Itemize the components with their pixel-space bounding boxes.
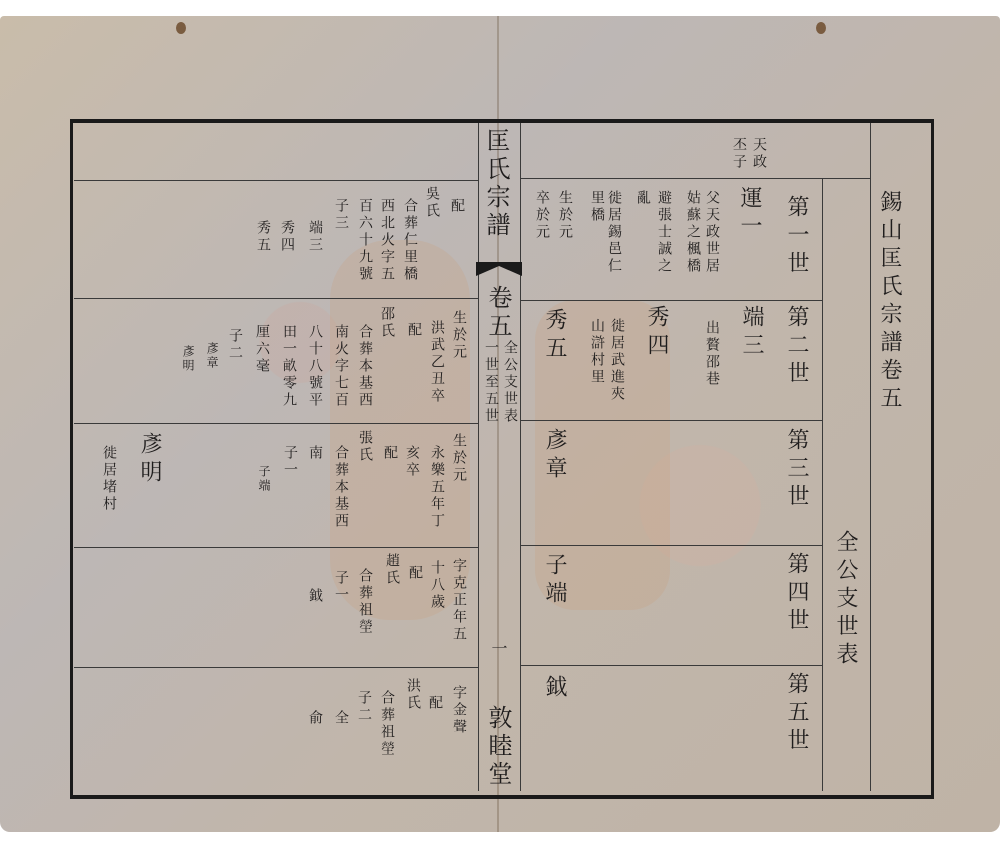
binding-hole <box>816 22 826 34</box>
gen1-note: 卒於元 <box>535 190 549 241</box>
person-name-gen2: 秀四 <box>645 305 667 361</box>
gen1-note: 徙居錫邑仁 <box>607 190 621 275</box>
row4-text: 合葬祖塋 <box>358 568 372 636</box>
row2-text: 南火字七百 <box>334 324 348 409</box>
row2-text: 子二 <box>228 328 242 362</box>
row3-text: 徙居堵村 <box>102 445 116 513</box>
person-name-gen5: 鉞 <box>543 675 565 703</box>
row-rule <box>74 180 478 181</box>
title-column-rule <box>870 123 871 791</box>
row-rule <box>74 298 478 299</box>
spine-subtitle-right: 全公支世表 <box>503 340 517 425</box>
row3-text: 合葬本基西 <box>334 445 348 530</box>
row1-text: 端三 <box>308 220 322 254</box>
gen1-note: 亂 <box>636 190 650 207</box>
gen2-note: 山滸村里 <box>590 318 604 386</box>
row-rule <box>520 545 822 546</box>
generation-label-5: 第五世 <box>785 672 807 756</box>
row3-text: 配 <box>383 445 397 462</box>
table-title: 全公支世表 <box>834 530 856 670</box>
row4-text: 子一 <box>334 570 348 604</box>
row5-text: 合葬祖塋 <box>380 690 394 758</box>
row5-text: 字金聲 <box>452 685 466 736</box>
row5-text: 洪氏 <box>406 678 420 712</box>
row5-text: 全 <box>334 710 348 727</box>
row4-text: 十八歲 <box>430 560 444 611</box>
row2-text: 八十八號平 <box>308 324 322 409</box>
row2-text: 厘六毫 <box>255 324 269 375</box>
row5-text: 配 <box>428 695 442 712</box>
person-name-gen2: 端三 <box>740 305 762 361</box>
row5-text: 子二 <box>357 690 371 724</box>
row-rule <box>520 420 822 421</box>
row2-text: 田一畝零九 <box>282 324 296 409</box>
row3-text: 生於元 <box>452 433 466 484</box>
row1-text: 西北火字五 <box>380 198 394 283</box>
person-name-gen1: 運一 <box>738 186 760 242</box>
book-title: 錫山匡氏宗譜卷五 <box>878 190 900 414</box>
row4-text: 配 <box>408 565 422 582</box>
gen1-note: 姑蘇之楓橋 <box>686 190 700 275</box>
spine-subtitle-left: 一世至五世 <box>484 340 498 425</box>
gen1-note: 避張士誠之 <box>657 190 671 275</box>
row2-text: 配 <box>407 322 421 339</box>
row2-text: 彥明 <box>182 345 194 373</box>
row1-text: 百六十九號 <box>358 198 372 283</box>
row2-text: 洪武乙丑卒 <box>430 320 444 405</box>
row1-text: 吳氏 <box>425 186 439 220</box>
row2-text: 彥章 <box>206 342 218 370</box>
row-rule <box>74 423 478 424</box>
row1-text: 合葬仁里橋 <box>403 198 417 283</box>
spine-title: 匡氏宗譜 <box>484 128 508 240</box>
fishtail-icon <box>476 262 522 276</box>
row4-text: 字克正年五 <box>452 558 466 643</box>
row4-text: 趙氏 <box>385 553 399 587</box>
row5-text: 俞 <box>308 710 322 727</box>
row1-text: 子三 <box>334 198 348 232</box>
row2-text: 邵氏 <box>380 306 394 340</box>
gen1-note: 生於元 <box>558 190 572 241</box>
header-note: 丕子 <box>732 137 746 171</box>
person-name-gen2: 秀五 <box>543 308 565 364</box>
generation-label-3: 第三世 <box>785 428 807 512</box>
spine-hall-name: 敦睦堂 <box>486 705 510 789</box>
spine-page-number: 一 <box>490 640 506 660</box>
spine-volume: 卷五 <box>486 285 510 341</box>
person-name-gen4: 子端 <box>543 553 565 609</box>
row2-text: 合葬本基西 <box>358 324 372 409</box>
row-rule <box>520 300 822 301</box>
generation-label-4: 第四世 <box>785 552 807 636</box>
row1-text: 秀四 <box>280 220 294 254</box>
row3-text: 亥卒 <box>405 445 419 479</box>
gen1-note: 里橋 <box>590 190 604 224</box>
generation-label-1: 第一世 <box>785 195 807 279</box>
gen2-note: 徙居武進夾 <box>610 318 624 403</box>
row-rule <box>520 665 822 666</box>
row4-text: 鉞 <box>308 588 322 605</box>
generation-label-2: 第二世 <box>785 305 807 389</box>
gen1-note: 父天政世居 <box>705 190 719 275</box>
row3-text: 子端 <box>258 465 270 493</box>
row-rule <box>74 667 478 668</box>
row1-text: 配 <box>450 198 464 215</box>
row3-text: 南 <box>308 445 322 462</box>
binding-hole <box>176 22 186 34</box>
row-rule <box>74 547 478 548</box>
row1-text: 秀五 <box>256 220 270 254</box>
row3-text: 子一 <box>283 445 297 479</box>
generation-label-rule <box>822 178 823 791</box>
header-note: 天政 <box>752 137 766 171</box>
row3-text: 彥明 <box>138 432 160 488</box>
row3-text: 張氏 <box>358 430 372 464</box>
gen2-note: 出贅邵巷 <box>705 320 719 388</box>
row3-text: 永樂五年丁 <box>430 445 444 530</box>
row-rule <box>520 178 870 179</box>
spine-right-rule <box>520 123 521 791</box>
spine-left-rule <box>478 123 479 791</box>
person-name-gen3: 彥章 <box>543 428 565 484</box>
row2-text: 生於元 <box>452 310 466 361</box>
